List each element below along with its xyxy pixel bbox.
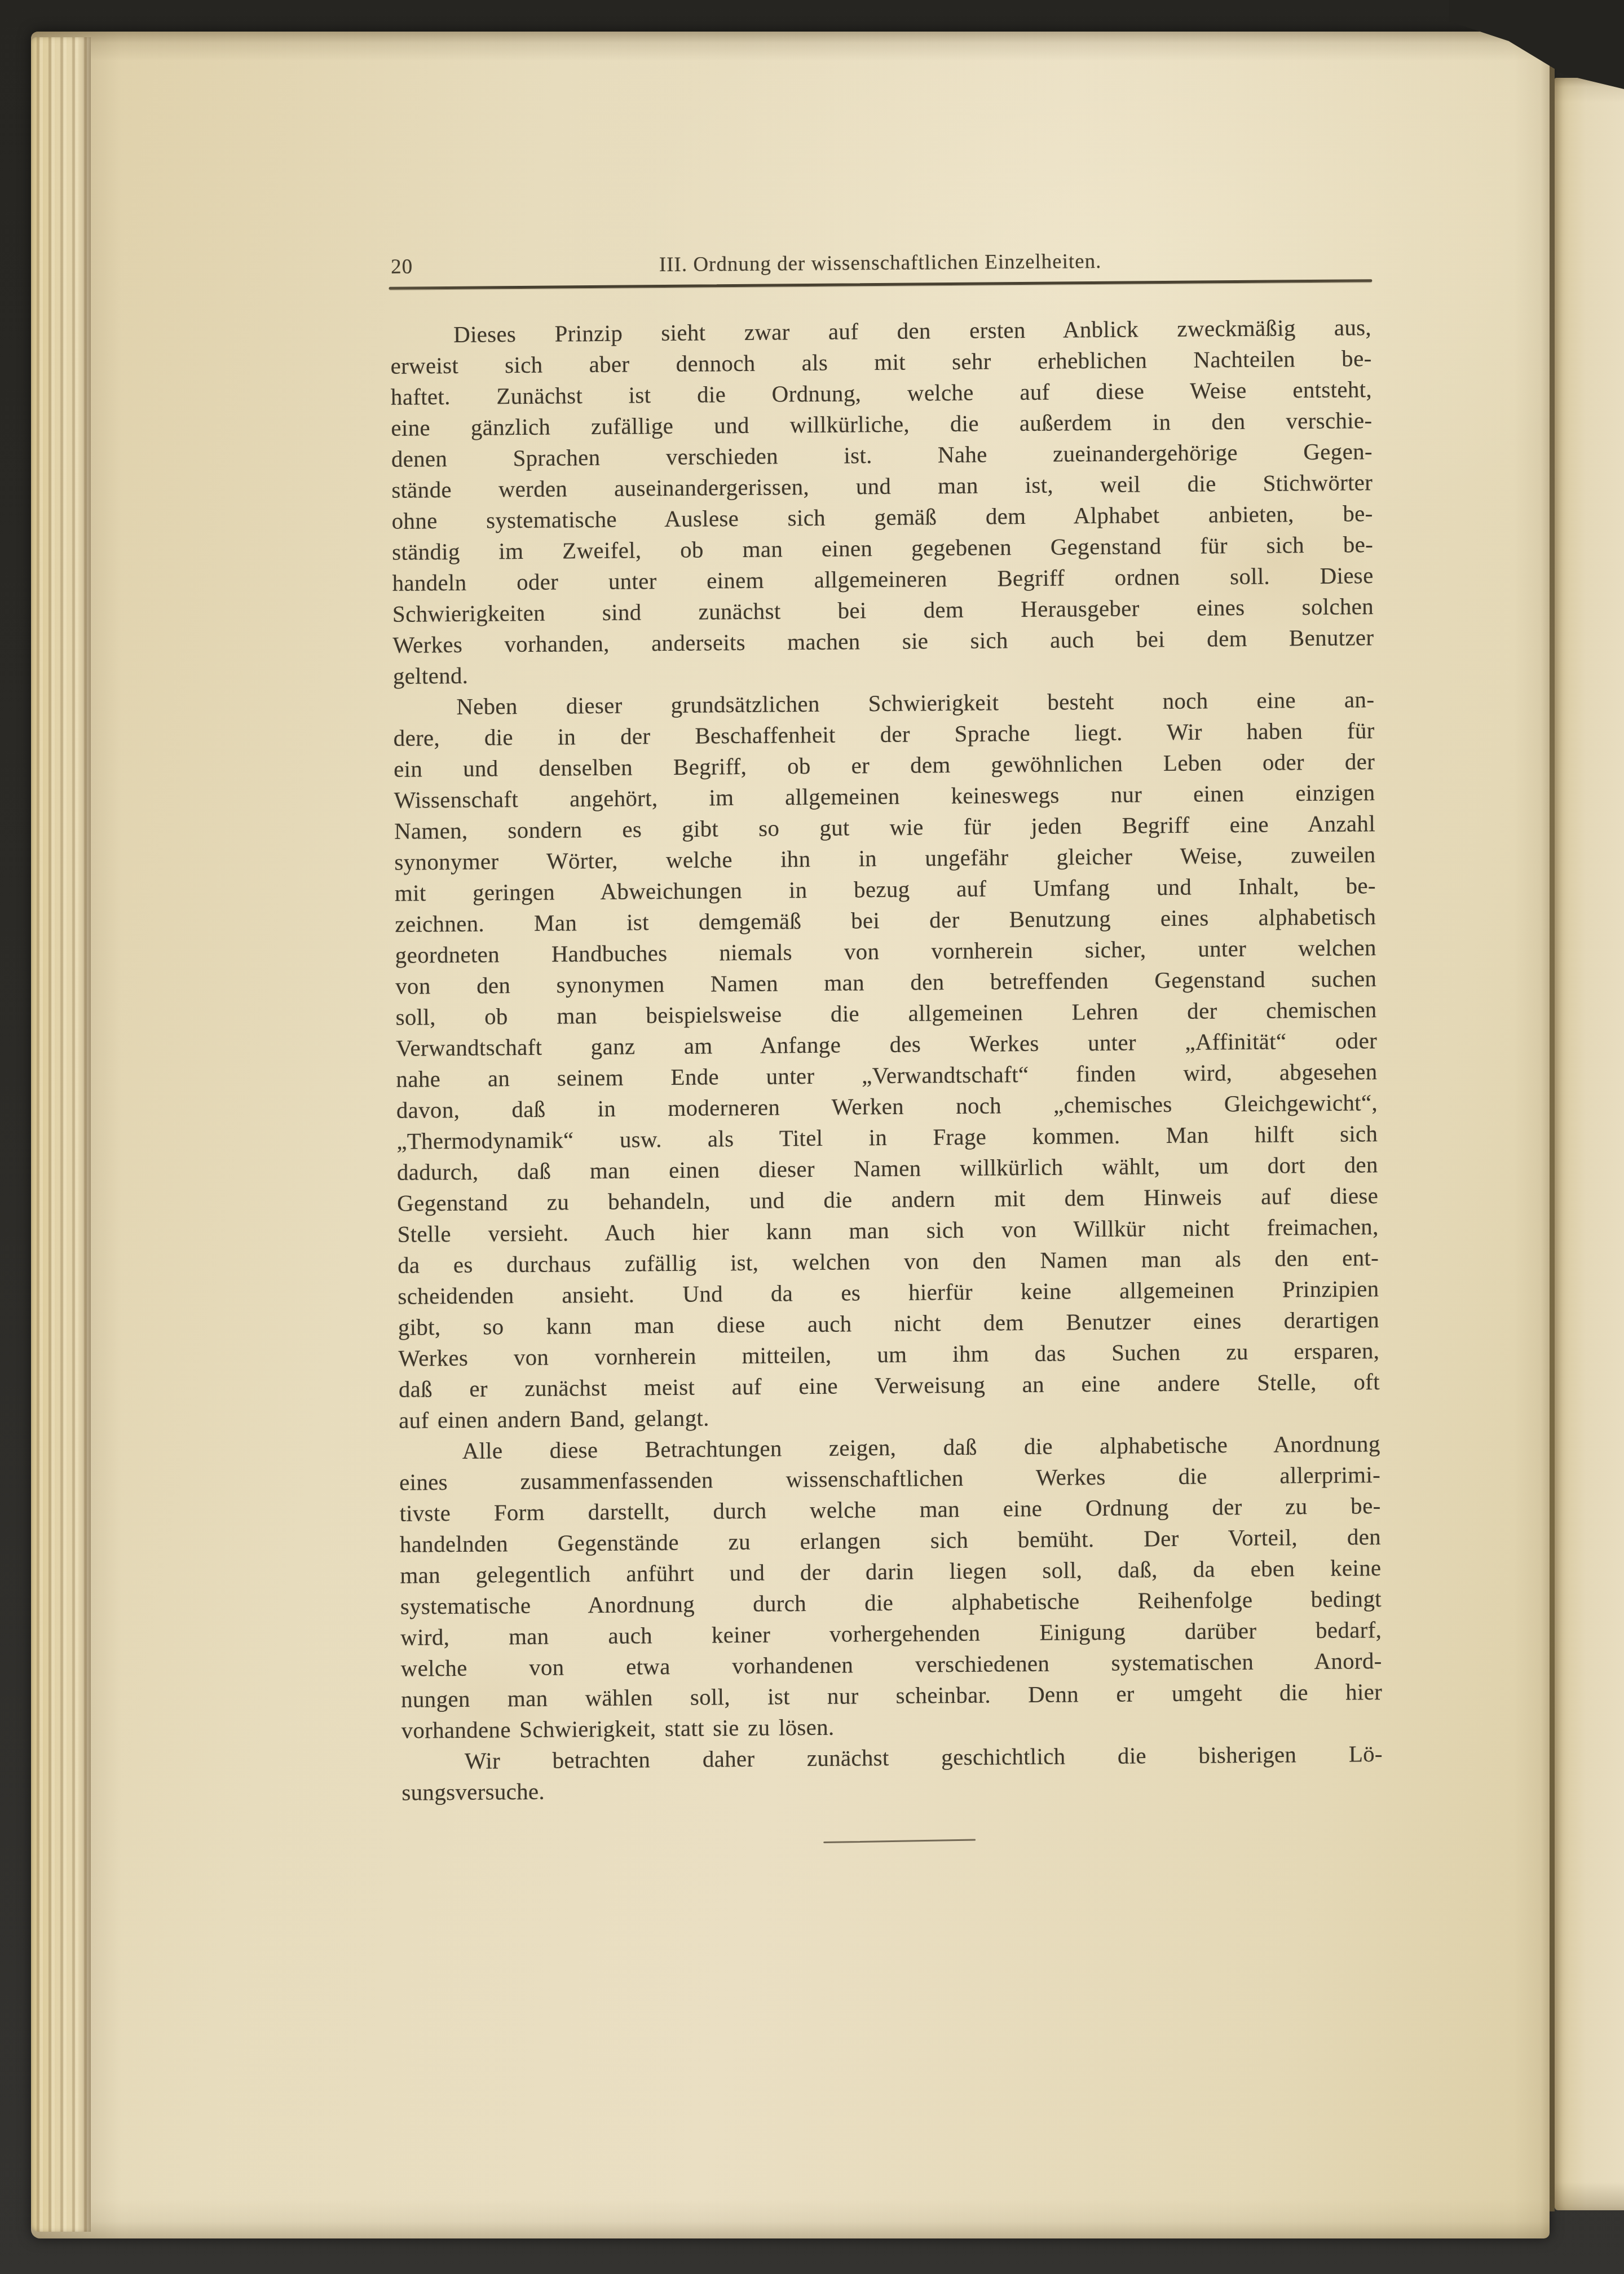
header-rule: [389, 279, 1372, 290]
chapter-title: III. Ordnung der wissenschaftlichen Einz…: [390, 245, 1371, 281]
paragraph: Neben dieser grundsätzlichen Schwierigke…: [393, 684, 1380, 1436]
paragraph: Dieses Prinzip sieht zwar auf den ersten…: [390, 312, 1374, 692]
body-text: Dieses Prinzip sieht zwar auf den ersten…: [390, 312, 1383, 1808]
next-page-edge: [1555, 78, 1624, 2210]
page-content: 20 III. Ordnung der wissenschaftlichen E…: [388, 28, 1387, 2242]
paragraph: Wir betrachten daher zunächst geschichtl…: [401, 1738, 1383, 1808]
page-gap-crease: [1550, 39, 1555, 2211]
running-header: 20 III. Ordnung der wissenschaftlichen E…: [390, 245, 1371, 281]
section-end-divider: [823, 1839, 976, 1843]
book-page: 20 III. Ordnung der wissenschaftlichen E…: [31, 32, 1550, 2238]
paragraph: Alle diese Betrachtungen zeigen, daß die…: [399, 1428, 1382, 1746]
scanned-book-photo: 20 III. Ordnung der wissenschaftlichen E…: [0, 0, 1624, 2274]
page-edge-stack: [31, 37, 91, 2232]
page-number: 20: [391, 253, 413, 281]
